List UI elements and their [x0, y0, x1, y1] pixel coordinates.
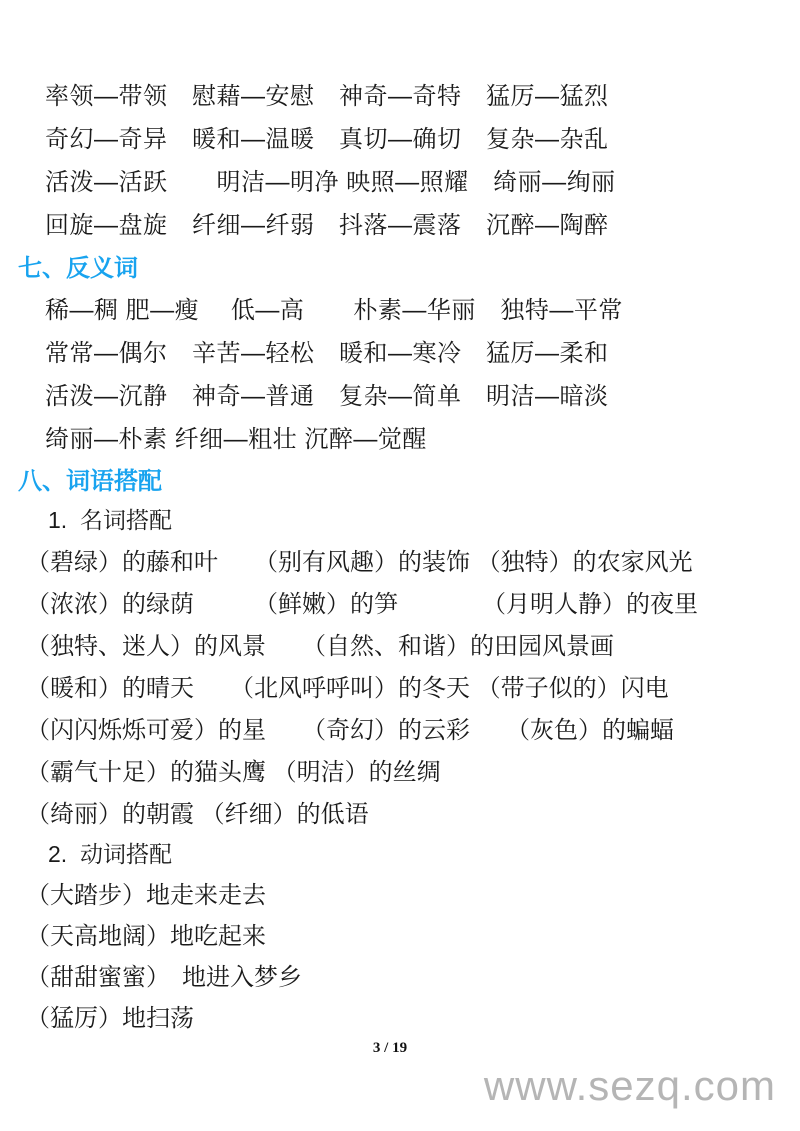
antonyms-section: 七、反义词 稀—稠 肥—瘦 低—高 朴素—华丽 独特—平常 常常—偶尔 辛苦—轻… — [18, 244, 782, 458]
synonym-row: 奇幻—奇异 暖和—温暖 真切—确切 复杂—杂乱 — [18, 115, 782, 158]
verb-collocation-row: （甜甜蜜蜜） 地进入梦乡 — [18, 954, 782, 995]
synonym-row: 活泼—活跃 明洁—明净 映照—照耀 绮丽—绚丽 — [18, 158, 782, 201]
section-heading-antonyms: 七、反义词 — [18, 244, 782, 286]
noun-collocation-row: （绮丽）的朝霞 （纤细）的低语 — [18, 790, 782, 832]
watermark: www.sezq.com — [484, 1065, 776, 1107]
antonym-row: 绮丽—朴素 纤细—粗壮 沉醉—觉醒 — [18, 415, 782, 458]
noun-collocation-subheading: 1. 名词搭配 — [18, 498, 782, 538]
synonyms-section: 率领—带领 慰藉—安慰 神奇—奇特 猛厉—猛烈 奇幻—奇异 暖和—温暖 真切—确… — [18, 72, 782, 244]
noun-collocation-row: （闪闪烁烁可爱）的星 （奇幻）的云彩 （灰色）的蝙蝠 — [18, 706, 782, 748]
document-page: 率领—带领 慰藉—安慰 神奇—奇特 猛厉—猛烈 奇幻—奇异 暖和—温暖 真切—确… — [0, 0, 800, 1131]
verb-collocation-row: （天高地阔）地吃起来 — [18, 913, 782, 954]
noun-collocation-row: （独特、迷人）的风景 （自然、和谐）的田园风景画 — [18, 622, 782, 664]
synonym-row: 率领—带领 慰藉—安慰 神奇—奇特 猛厉—猛烈 — [18, 72, 782, 115]
antonym-row: 活泼—沉静 神奇—普通 复杂—简单 明洁—暗淡 — [18, 372, 782, 415]
verb-collocation-subheading: 2. 动词搭配 — [18, 832, 782, 872]
antonym-row: 常常—偶尔 辛苦—轻松 暖和—寒冷 猛厉—柔和 — [18, 329, 782, 372]
collocation-section: 八、词语搭配 1. 名词搭配 （碧绿）的藤和叶 （别有风趣）的装饰 （独特）的农… — [18, 458, 782, 1036]
verb-collocation-row: （大踏步）地走来走去 — [18, 872, 782, 913]
section-heading-collocations: 八、词语搭配 — [18, 458, 782, 498]
document-content: 率领—带领 慰藉—安慰 神奇—奇特 猛厉—猛烈 奇幻—奇异 暖和—温暖 真切—确… — [18, 72, 782, 1036]
synonym-row: 回旋—盘旋 纤细—纤弱 抖落—震落 沉醉—陶醉 — [18, 201, 782, 244]
noun-collocation-row: （霸气十足）的猫头鹰 （明洁）的丝绸 — [18, 748, 782, 790]
page-number: 3 / 19 — [0, 1040, 780, 1057]
antonym-row: 稀—稠 肥—瘦 低—高 朴素—华丽 独特—平常 — [18, 286, 782, 329]
verb-collocation-row: （猛厉）地扫荡 — [18, 995, 782, 1036]
noun-collocation-row: （碧绿）的藤和叶 （别有风趣）的装饰 （独特）的农家风光 — [18, 538, 782, 580]
noun-collocation-row: （暖和）的晴天 （北风呼呼叫）的冬天 （带子似的）闪电 — [18, 664, 782, 706]
noun-collocation-row: （浓浓）的绿荫 （鲜嫩）的笋 （月明人静）的夜里 — [18, 580, 782, 622]
